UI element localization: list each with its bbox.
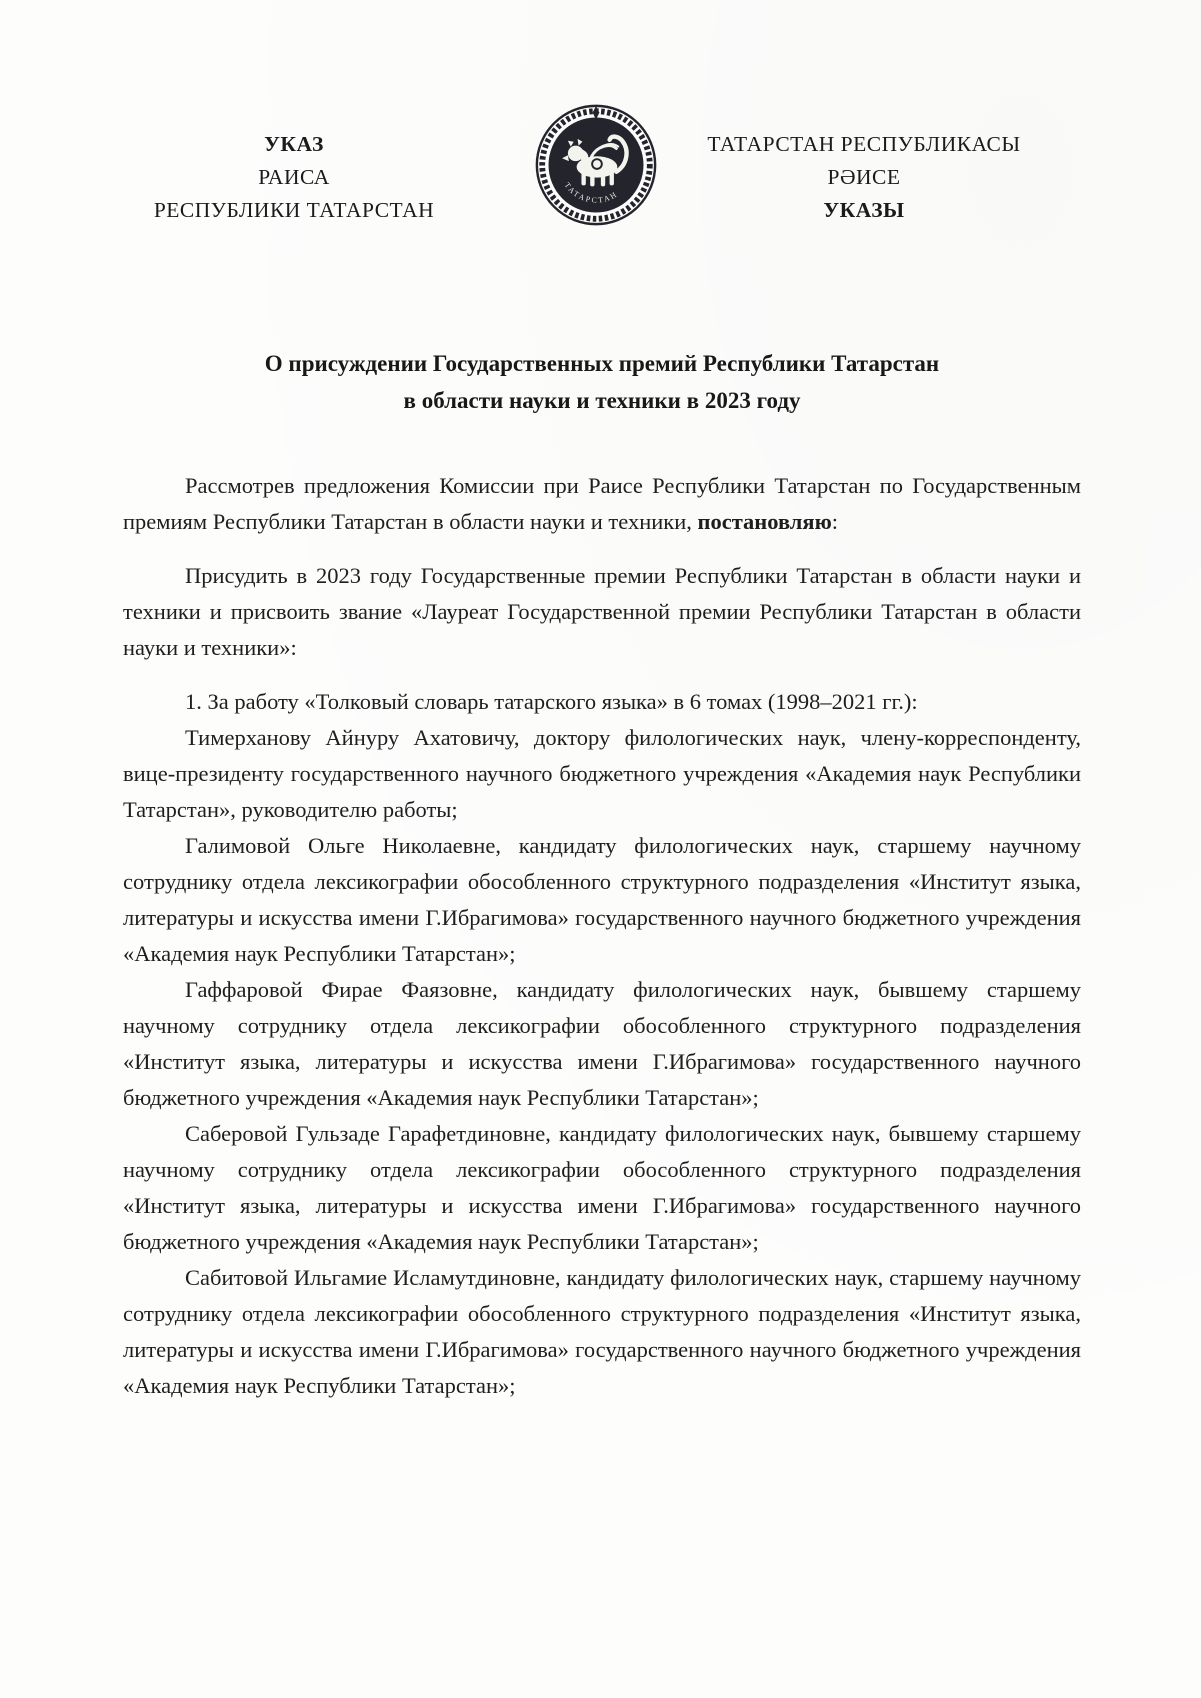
award-item-1: 1. За работу «Толковый словарь татарског…: [123, 684, 1081, 720]
header-left-russian: УКАЗ РАИСА РЕСПУБЛИКИ ТАТАРСТАН: [118, 128, 470, 227]
header-left-line2: РАИСА: [118, 161, 470, 194]
laureate-timerkhanov: Тимерханову Айнуру Ахатовичу, доктору фи…: [123, 720, 1081, 828]
laureate-saberova: Саберовой Гульзаде Гарафетдиновне, канди…: [123, 1116, 1081, 1260]
decree-title-line1: О присуждении Государственных премий Рес…: [123, 345, 1081, 382]
header-right-line3: УКАЗЫ: [648, 194, 1080, 227]
header-right-line1: ТАТАРСТАН РЕСПУБЛИКАСЫ: [648, 128, 1080, 161]
decree-body: Рассмотрев предложения Комиссии при Раис…: [123, 468, 1081, 1404]
decree-document-page: УКАЗ РАИСА РЕСПУБЛИКИ ТАТАРСТАН: [0, 0, 1201, 1698]
header-right-line2: РӘИСЕ: [648, 161, 1080, 194]
laureate-galimova: Галимовой Ольге Николаевне, кандидату фи…: [123, 828, 1081, 972]
preamble-text: Рассмотрев предложения Комиссии при Раис…: [123, 473, 1081, 534]
laureate-gaffarova: Гаффаровой Фирае Фаязовне, кандидату фил…: [123, 972, 1081, 1116]
decree-resolution: Присудить в 2023 году Государственные пр…: [123, 558, 1081, 666]
state-emblem-icon: ТАТАРСТАН: [533, 102, 659, 228]
preamble-colon: :: [832, 509, 838, 534]
preamble-resolve-word: постановляю: [698, 509, 832, 534]
decree-preamble: Рассмотрев предложения Комиссии при Раис…: [123, 468, 1081, 540]
header-left-line1: УКАЗ: [118, 128, 470, 161]
decree-title: О присуждении Государственных премий Рес…: [123, 345, 1081, 419]
header-right-tatar: ТАТАРСТАН РЕСПУБЛИКАСЫ РӘИСЕ УКАЗЫ: [648, 128, 1080, 227]
laureate-sabitova: Сабитовой Ильгамие Исламутдиновне, канди…: [123, 1260, 1081, 1404]
decree-title-line2: в области науки и техники в 2023 году: [123, 382, 1081, 419]
header-left-line3: РЕСПУБЛИКИ ТАТАРСТАН: [118, 194, 470, 227]
